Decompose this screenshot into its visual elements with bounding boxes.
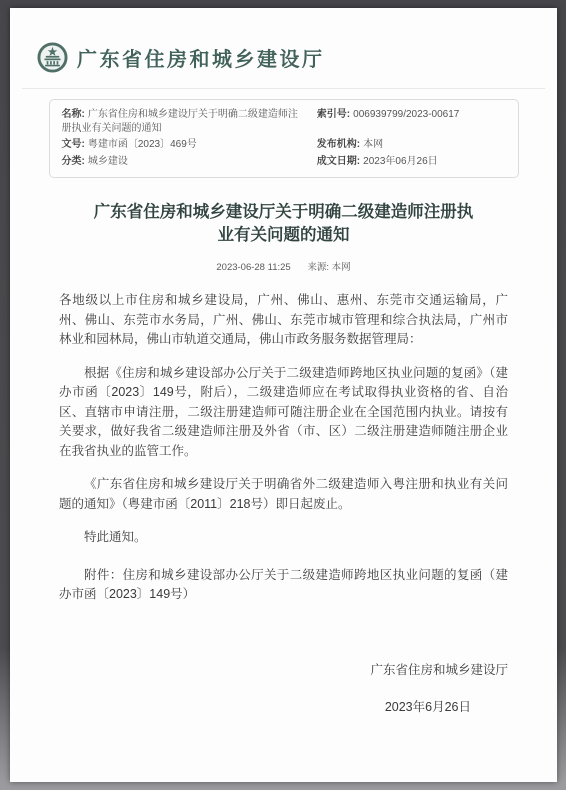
meta-grid: 名称:广东省住房和城乡建设厅关于明确二级建造师注册执业有关问题的通知 索引号:0… [62, 108, 506, 168]
body-paragraph-recipients: 各地级以上市住房和城乡建设局，广州、佛山、惠州、东莞市交通运输局，广州、佛山、东… [59, 291, 508, 350]
body-paragraph-basis: 根据《住房和城乡建设部办公厅关于二级建造师跨地区执业问题的复函》（建办市函〔20… [59, 364, 508, 462]
meta-field-index-number: 索引号:006939799/2023-00617 [317, 108, 506, 135]
article-title: 广东省住房和城乡建设厅关于明确二级建造师注册执业有关问题的通知 [59, 201, 508, 247]
meta-value: 本网 [363, 139, 383, 150]
meta-value: 粤建市函〔2023〕469号 [88, 139, 197, 150]
meta-field-name: 名称:广东省住房和城乡建设厅关于明确二级建造师注册执业有关问题的通知 [62, 108, 317, 135]
site-header: 广东省住房和城乡建设厅 [10, 8, 557, 73]
body-paragraph-attachment: 附件：住房和城乡建设部办公厅关于二级建造师跨地区执业问题的复函（建办市函〔202… [59, 566, 508, 605]
document-meta-box: 名称:广东省住房和城乡建设厅关于明确二级建造师注册执业有关问题的通知 索引号:0… [49, 99, 519, 178]
signature-block: 广东省住房和城乡建设厅 2023年6月26日 [59, 661, 508, 718]
signature-agency: 广东省住房和城乡建设厅 [59, 661, 508, 681]
body-paragraph-repeal: 《广东省住房和城乡建设厅关于明确省外二级建造师入粤注册和执业有关问题的通知》（粤… [59, 475, 508, 514]
meta-label: 文号: [62, 139, 85, 150]
meta-label: 索引号: [317, 109, 350, 120]
meta-field-doc-number: 文号:粤建市函〔2023〕469号 [62, 138, 317, 152]
article-source: 来源: 本网 [307, 262, 350, 273]
meta-label: 名称: [62, 109, 85, 120]
meta-value: 城乡建设 [88, 156, 128, 167]
meta-field-written-date: 成文日期:2023年06月26日 [317, 155, 506, 169]
meta-field-category: 分类:城乡建设 [62, 155, 317, 169]
national-emblem-icon [37, 42, 68, 73]
article: 广东省住房和城乡建设厅关于明确二级建造师注册执业有关问题的通知 2023-06-… [10, 201, 557, 718]
agency-name: 广东省住房和城乡建设厅 [77, 43, 325, 72]
article-body: 各地级以上市住房和城乡建设局，广州、佛山、惠州、东莞市交通运输局，广州、佛山、东… [59, 291, 508, 718]
meta-label: 发布机构: [317, 139, 360, 150]
header-divider [22, 88, 545, 89]
meta-value: 006939799/2023-00617 [353, 109, 459, 120]
article-meta-line: 2023-06-28 11:25 来源: 本网 [59, 259, 508, 273]
meta-label: 分类: [62, 156, 85, 167]
meta-value: 广东省住房和城乡建设厅关于明确二级建造师注册执业有关问题的通知 [62, 109, 298, 134]
document-page: 广东省住房和城乡建设厅 名称:广东省住房和城乡建设厅关于明确二级建造师注册执业有… [10, 8, 557, 782]
body-paragraph-notice: 特此通知。 [59, 528, 508, 548]
signature-date: 2023年6月26日 [59, 698, 508, 718]
publish-time: 2023-06-28 11:25 [216, 262, 290, 273]
meta-field-publisher: 发布机构:本网 [317, 138, 506, 152]
meta-value: 2023年06月26日 [363, 156, 438, 167]
meta-label: 成文日期: [317, 156, 360, 167]
